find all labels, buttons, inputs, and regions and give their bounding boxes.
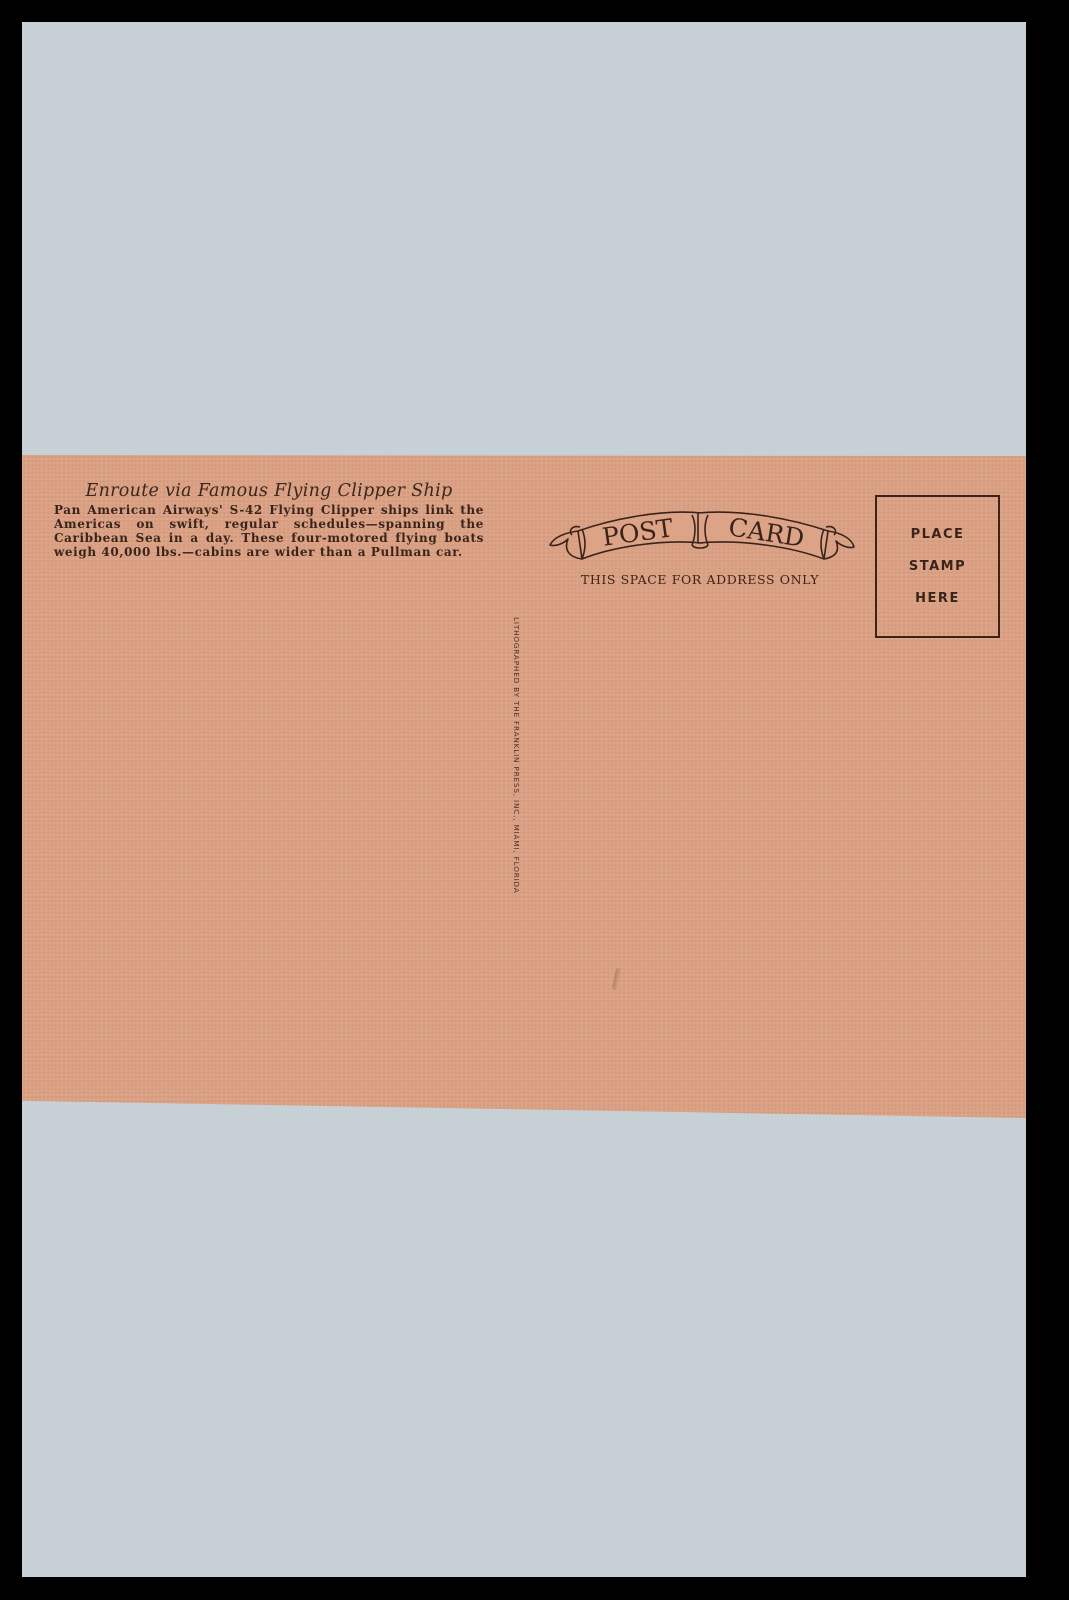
stamp-line-here: HERE bbox=[915, 592, 960, 605]
address-label: THIS SPACE FOR ADDRESS ONLY bbox=[570, 572, 830, 587]
card-description: Enroute via Famous Flying Clipper Ship P… bbox=[54, 481, 484, 559]
paper-crease bbox=[612, 968, 621, 991]
postcard-back: Enroute via Famous Flying Clipper Ship P… bbox=[22, 455, 1026, 1118]
banner-post-text: POST bbox=[600, 513, 675, 552]
stamp-line-stamp: STAMP bbox=[909, 560, 966, 573]
stamp-box: PLACE STAMP HERE bbox=[875, 495, 1000, 638]
post-card-banner: POST CARD bbox=[542, 491, 858, 565]
printer-credit: LITHOGRAPHED BY THE FRANKLIN PRESS, INC.… bbox=[512, 617, 521, 894]
stamp-line-place: PLACE bbox=[911, 528, 965, 541]
description-title: Enroute via Famous Flying Clipper Ship bbox=[54, 481, 484, 501]
description-body: Pan American Airways' S-42 Flying Clippe… bbox=[54, 503, 484, 559]
banner-card-text: CARD bbox=[727, 512, 807, 553]
